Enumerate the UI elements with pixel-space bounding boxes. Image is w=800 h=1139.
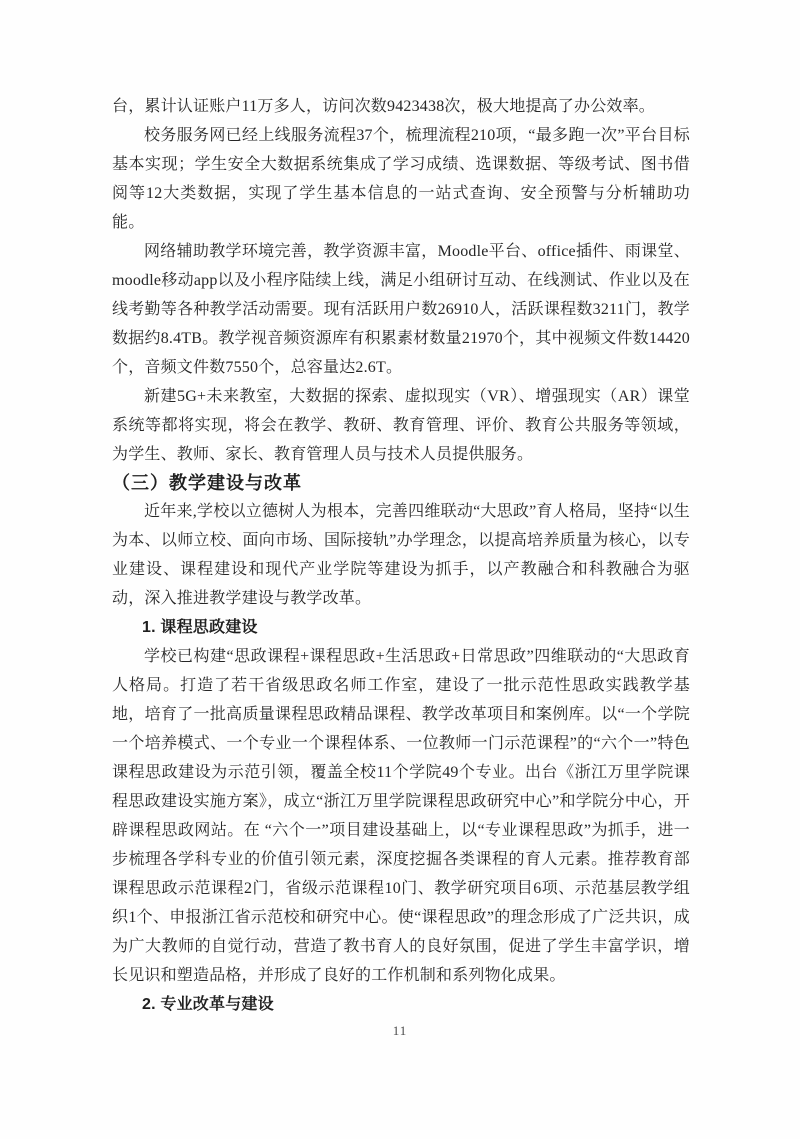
page-number: 11	[0, 1023, 800, 1039]
paragraph: 校务服务网已经上线服务流程37个，梳理流程210项，“最多跑一次”平台目标基本实…	[112, 121, 690, 237]
paragraph: 近年来,学校以立德树人为根本，完善四维联动“大思政”育人格局，坚持“以生为本、以…	[112, 497, 690, 613]
paragraph-continuation: 台，累计认证账户11万多人，访问次数9423438次，极大地提高了办公效率。	[112, 92, 690, 121]
subsection-heading: 1. 课程思政建设	[112, 613, 690, 642]
subsection-heading: 2. 专业改革与建设	[112, 990, 690, 1019]
page-content: 台，累计认证账户11万多人，访问次数9423438次，极大地提高了办公效率。 校…	[112, 92, 690, 1019]
section-heading: （三）教学建设与改革	[112, 469, 690, 497]
paragraph: 网络辅助教学环境完善，教学资源丰富，Moodle平台、office插件、雨课堂、…	[112, 237, 690, 382]
paragraph: 新建5G+未来教室，大数据的探索、虚拟现实（VR）、增强现实（AR）课堂系统等都…	[112, 382, 690, 469]
paragraph: 学校已构建“思政课程+课程思政+生活思政+日常思政”四维联动的“大思政育人格局。…	[112, 642, 690, 990]
document-page: 台，累计认证账户11万多人，访问次数9423438次，极大地提高了办公效率。 校…	[0, 0, 800, 1139]
